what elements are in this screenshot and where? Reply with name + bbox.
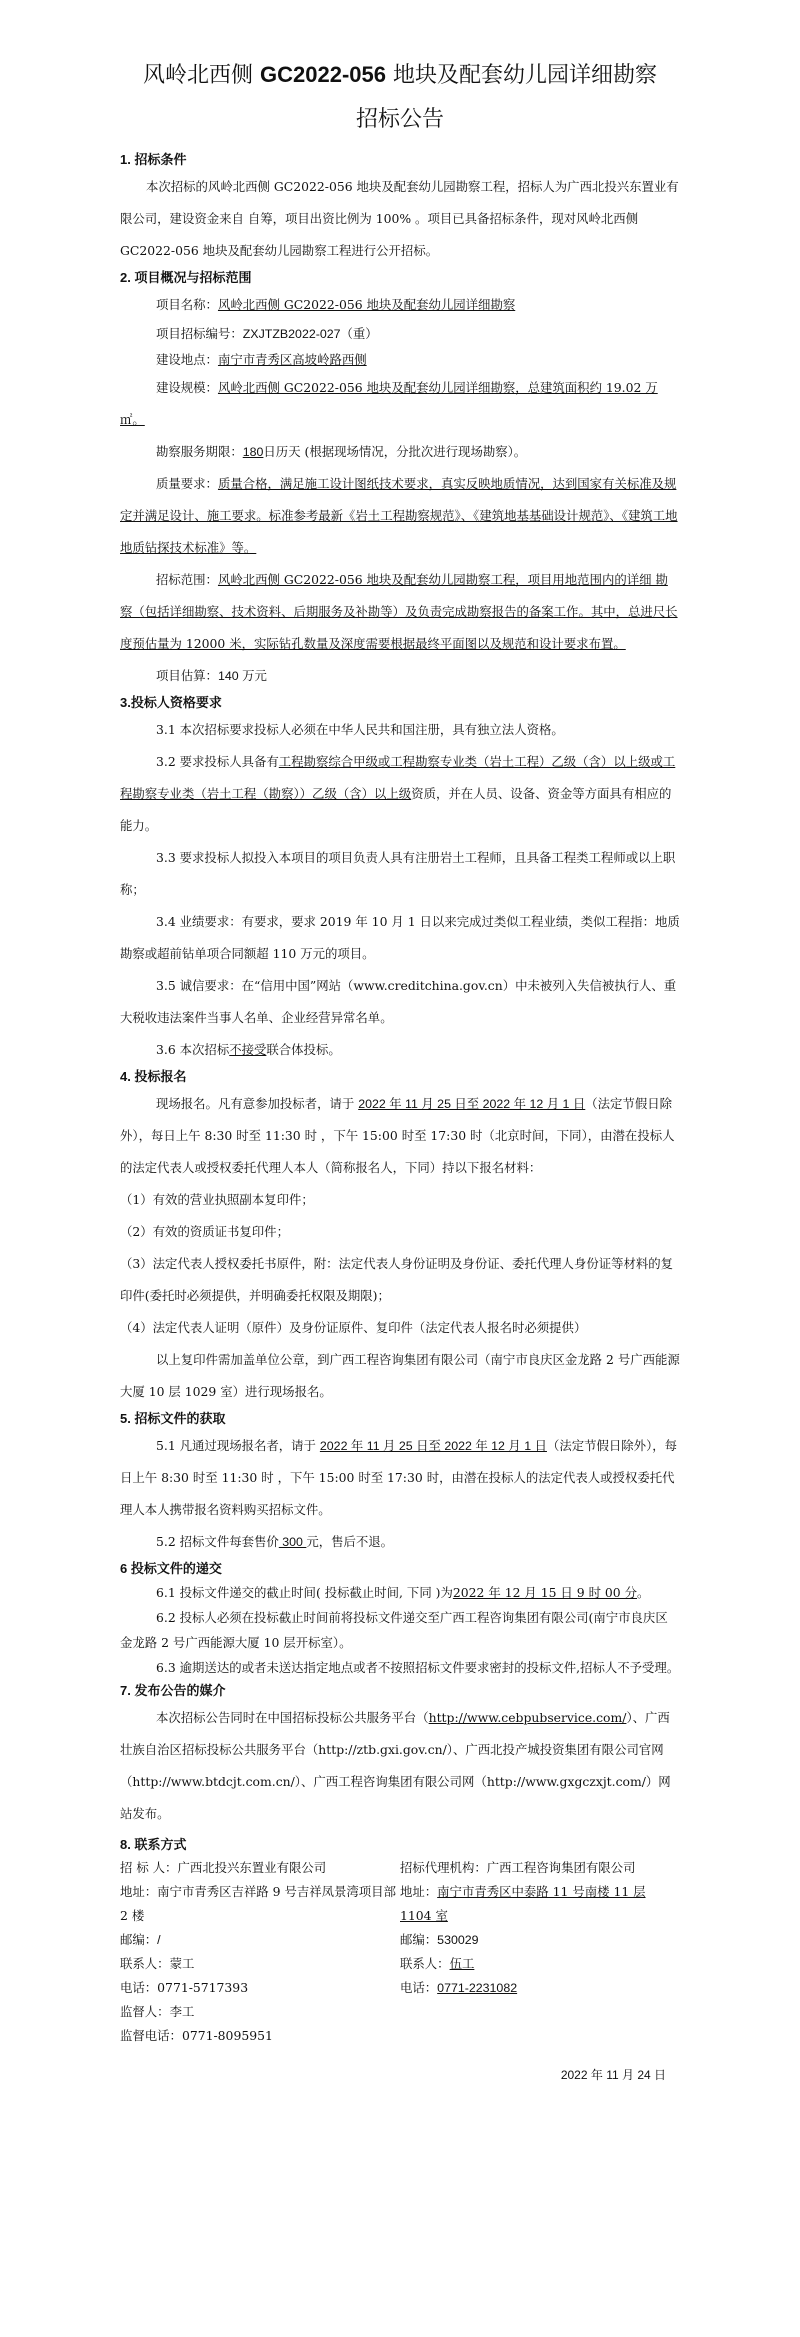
requirement-3-4: 3.4 业绩要求：有要求，要求 2019 年 10 月 1 日以来完成过类似工程… [120,906,680,970]
project-name: 项目名称：风岭北西侧 GC2022-056 地块及配套幼儿园详细勘察 [120,289,680,321]
supervisor: 监督人：李工 [120,2000,400,2024]
submission-location: 6.2 投标人必须在投标截止时间前将投标文件递交至广西工程咨询集团有限公司(南宁… [120,1605,680,1655]
section-3-heading: 3.投标人资格要求 [120,692,680,714]
tenderer-contact: 招 标 人：广西北投兴东置业有限公司 地址：南宁市青秀区吉祥路 9 号吉祥凤景湾… [120,1856,400,2048]
agency-contact-person: 联系人：伍工 [400,1952,680,1976]
requirement-3-3: 3.3 要求投标人拟投入本项目的项目负责人具有注册岩土工程师，且具备工程类工程师… [120,842,680,906]
late-submission-notice: 6.3 逾期送达的或者未送达指定地点或者不按照招标文件要求密封的投标文件,招标人… [120,1655,680,1680]
agency-contact: 招标代理机构：广西工程咨询集团有限公司 地址：南宁市青秀区中泰路 11 号南楼 … [400,1856,680,2048]
supervisor-phone: 监督电话：0771-8095951 [120,2024,400,2048]
service-period: 勘察服务期限：180日历天 (根据现场情况，分批次进行现场勘察）。 [120,436,680,468]
registration-location: 以上复印件需加盖单位公章，到广西工程咨询集团有限公司（南宁市良庆区金龙路 2 号… [120,1344,680,1408]
tenderer-phone: 电话：0771-5717393 [120,1976,400,2000]
requirement-3-2: 3.2 要求投标人具备有工程勘察综合甲级或工程勘察专业类（岩土工程）乙级（含）以… [120,746,680,842]
bidding-scope: 招标范围：风岭北西侧 GC2022-056 地块及配套幼儿园勘察工程，项目用地范… [120,564,680,660]
requirement-3-5: 3.5 诚信要求：在“信用中国”网站（www.creditchina.gov.c… [120,970,680,1034]
section-8-heading: 8. 联系方式 [120,1834,680,1856]
registration-paragraph: 现场报名。凡有意参加投标者，请于 2022 年 11 月 25 日至 2022 … [120,1088,680,1184]
tenderer-contact-person: 联系人：蒙工 [120,1952,400,1976]
agency-phone: 电话：0771-2231082 [400,1976,680,2000]
project-scale: 建设规模：风岭北西侧 GC2022-056 地块及配套幼儿园详细勘察，总建筑面积… [120,372,680,436]
tenderer-org: 招 标 人：广西北投兴东置业有限公司 [120,1856,400,1880]
requirement-3-1: 3.1 本次招标要求投标人必须在中华人民共和国注册，具有独立法人资格。 [120,714,680,746]
document-acquisition: 5.1 凡通过现场报名者，请于 2022 年 11 月 25 日至 2022 年… [120,1430,680,1526]
section-1-body: 本次招标的风岭北西侧 GC2022-056 地块及配套幼儿园勘察工程，招标人为广… [120,171,680,267]
section-4-heading: 4. 投标报名 [120,1066,680,1088]
requirement-3-6: 3.6 本次招标不接受联合体投标。 [120,1034,680,1066]
submission-deadline: 6.1 投标文件递交的截止时间( 投标截止时间, 下同 )为2022 年 12 … [120,1580,680,1605]
project-code: 项目招标编号：ZXJTZB2022-027（重） [120,321,680,347]
registration-item-4: （4）法定代表人证明（原件）及身份证原件、复印件（法定代表人报名时必须提供） [120,1312,680,1344]
document-title: 风岭北西侧 GC2022-056 地块及配套幼儿园详细勘察 [120,60,680,91]
registration-item-3: （3）法定代表人授权委托书原件，附：法定代表人身份证明及身份证、委托代理人身份证… [120,1248,680,1312]
tenderer-address: 地址：南宁市青秀区吉祥路 9 号吉祥凤景湾项目部 2 楼 [120,1880,400,1928]
publication-media: 本次招标公告同时在中国招标投标公共服务平台（http://www.cebpubs… [120,1702,680,1830]
registration-item-2: （2）有效的资质证书复印件； [120,1216,680,1248]
contact-info: 招 标 人：广西北投兴东置业有限公司 地址：南宁市青秀区吉祥路 9 号吉祥凤景湾… [120,1856,680,2048]
section-7-heading: 7. 发布公告的媒介 [120,1680,680,1702]
agency-address: 地址：南宁市青秀区中泰路 11 号南楼 11 层 1104 室 [400,1880,680,1928]
document-price: 5.2 招标文件每套售价 300 元，售后不退。 [120,1526,680,1558]
announcement-date: 2022 年 11 月 24 日 [120,2066,680,2083]
announcement-document: 风岭北西侧 GC2022-056 地块及配套幼儿园详细勘察 招标公告 1. 招标… [120,60,680,2083]
project-estimate: 项目估算：140 万元 [120,660,680,692]
quality-requirement: 质量要求：质量合格，满足施工设计图纸技术要求，真实反映地质情况，达到国家有关标准… [120,468,680,564]
section-5-heading: 5. 招标文件的获取 [120,1408,680,1430]
document-subtitle: 招标公告 [120,105,680,135]
cebpubservice-link[interactable]: http://www.cebpubservice.com/ [429,1710,627,1725]
registration-item-1: （1）有效的营业执照副本复印件； [120,1184,680,1216]
agency-zip: 邮编：530029 [400,1928,680,1952]
section-1-heading: 1. 招标条件 [120,149,680,171]
agency-org: 招标代理机构：广西工程咨询集团有限公司 [400,1856,680,1880]
section-2-heading: 2. 项目概况与招标范围 [120,267,680,289]
section-6-heading: 6 投标文件的递交 [120,1558,680,1580]
tenderer-zip: 邮编：/ [120,1928,400,1952]
project-location: 建设地点：南宁市青秀区高坡岭路西侧 [120,347,680,372]
